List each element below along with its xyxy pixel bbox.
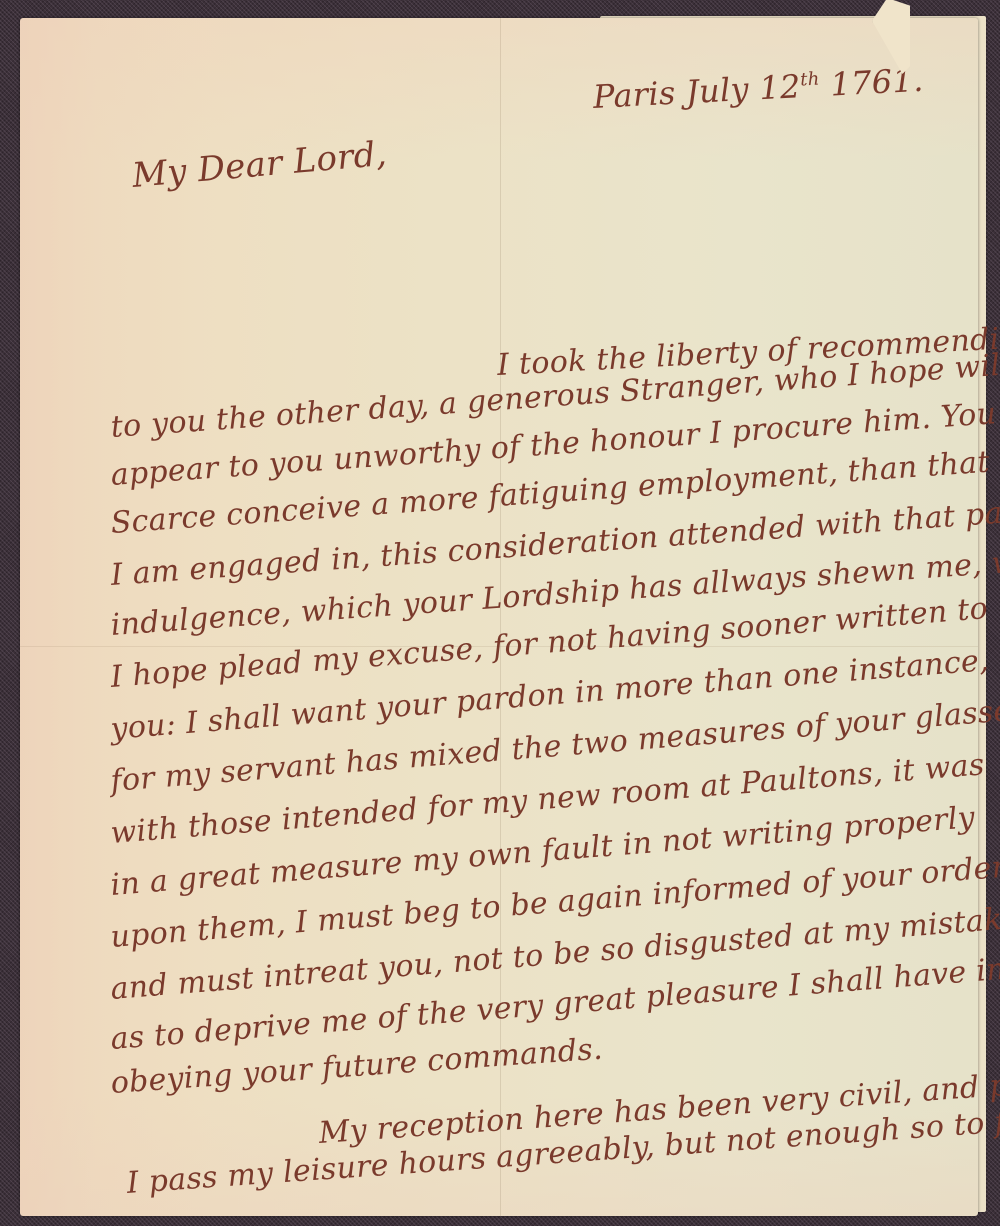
dateline-ordinal: th [800, 68, 821, 90]
dateline-place-month: Paris July 12 [592, 67, 802, 116]
dateline-year: 1761. [829, 61, 924, 104]
dateline: Paris July 12th 1761. [592, 61, 924, 116]
salutation: My Dear Lord, [131, 134, 389, 196]
vertical-fold-crease [500, 18, 501, 1216]
letter-page: Paris July 12th 1761. My Dear Lord, I to… [20, 18, 978, 1216]
